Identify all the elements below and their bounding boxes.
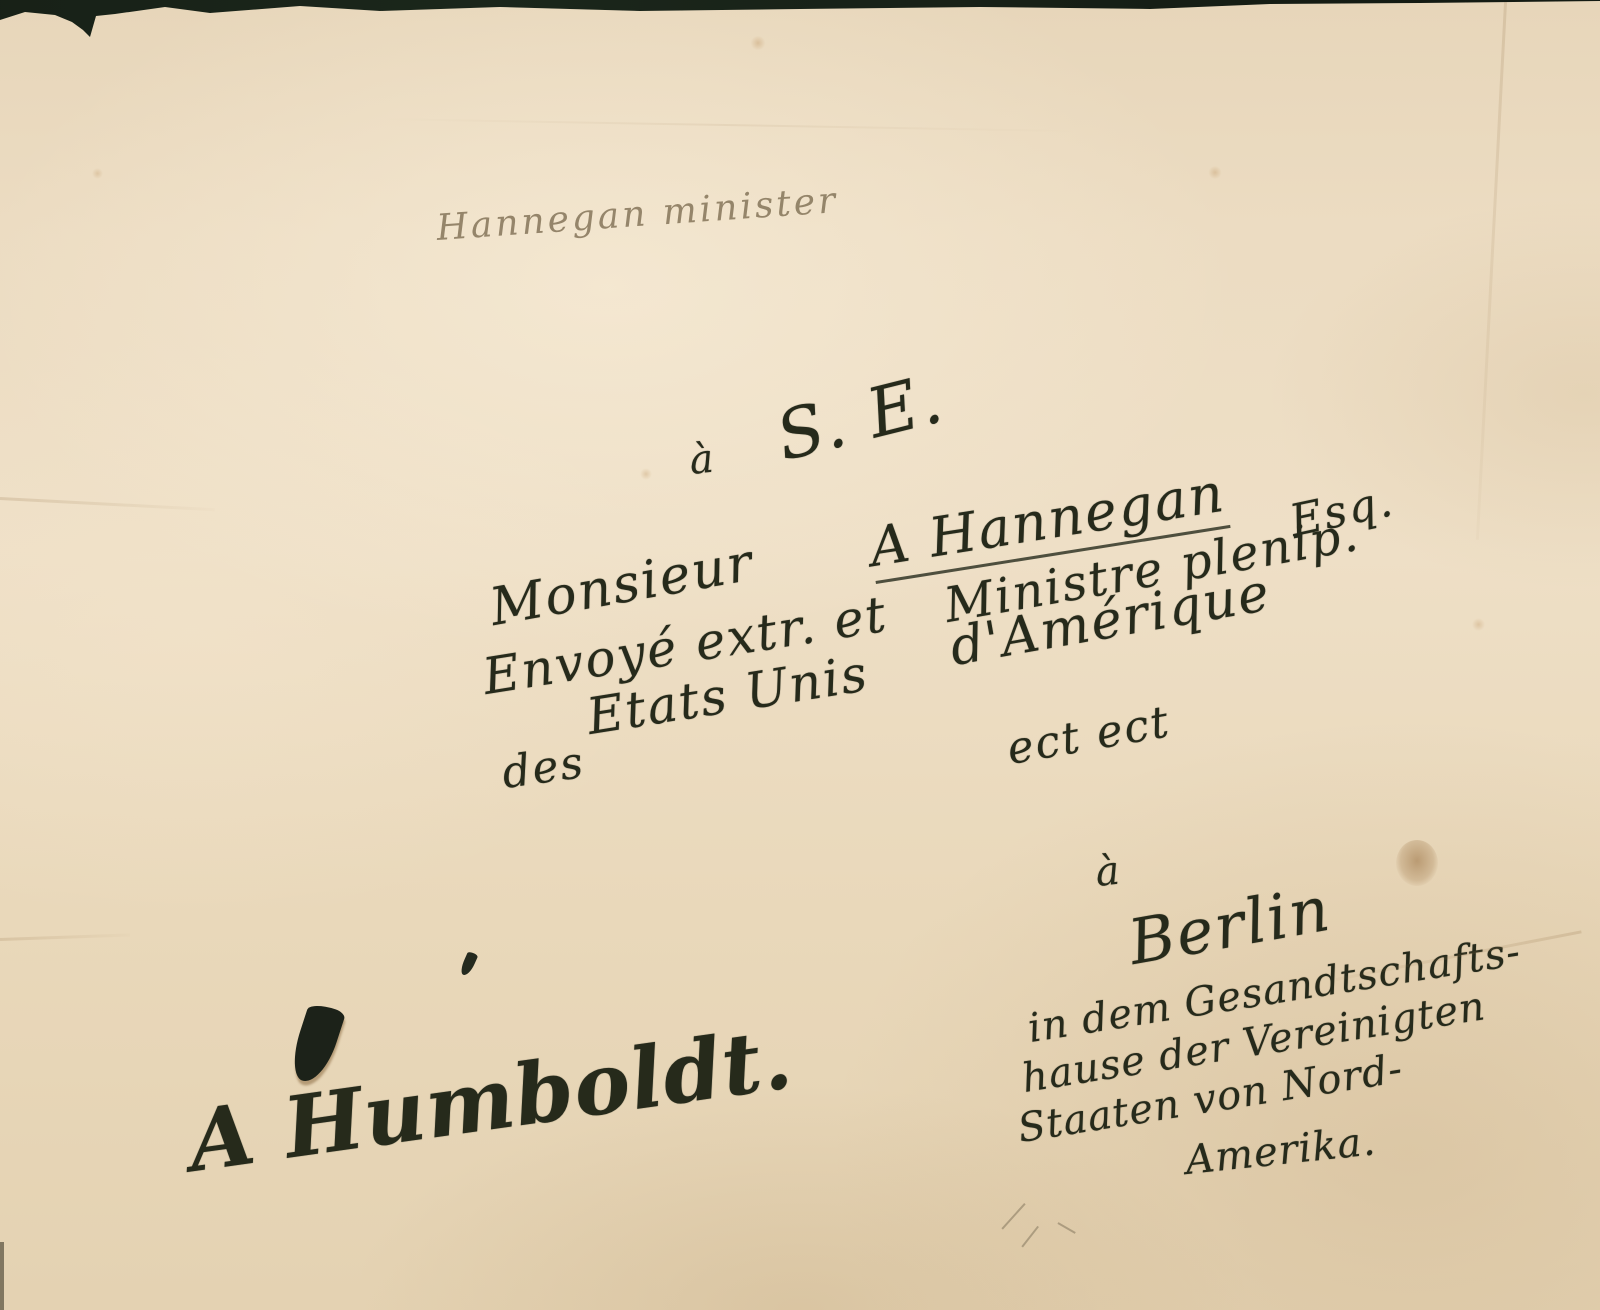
foxing-spot [1472, 618, 1485, 631]
pencil-scratch [1021, 1226, 1038, 1247]
crease-line [0, 933, 130, 941]
paper-edge-shadow [0, 1242, 4, 1310]
crease-line [0, 497, 215, 511]
ink-blot-small [459, 951, 479, 977]
destination-detail-line: Amerika. [1183, 1118, 1378, 1184]
address-etc: ect ect [1003, 696, 1174, 775]
scan-background: Hannegan minister à S. E. Monsieur A Han… [0, 0, 1600, 1310]
address-des: des [499, 737, 588, 799]
foxing-spot [750, 36, 766, 50]
crease-line [1476, 0, 1507, 539]
foxing-spot [92, 168, 103, 179]
paper-sheet: Hannegan minister à S. E. Monsieur A Han… [0, 0, 1600, 1310]
salutation-prefix: à [687, 436, 718, 484]
crease-line [380, 118, 1080, 132]
salutation-main: S. E. [769, 360, 952, 477]
destination-preposition: à [1093, 848, 1124, 896]
foxing-spot [1208, 166, 1222, 179]
docket-note: Hannegan minister [435, 180, 839, 249]
foxing-spot [640, 468, 652, 480]
pencil-scratch [1058, 1222, 1076, 1234]
signature: A Humboldt. [182, 1008, 798, 1191]
pencil-scratch [1001, 1203, 1025, 1229]
foxing-spot [1396, 840, 1438, 886]
